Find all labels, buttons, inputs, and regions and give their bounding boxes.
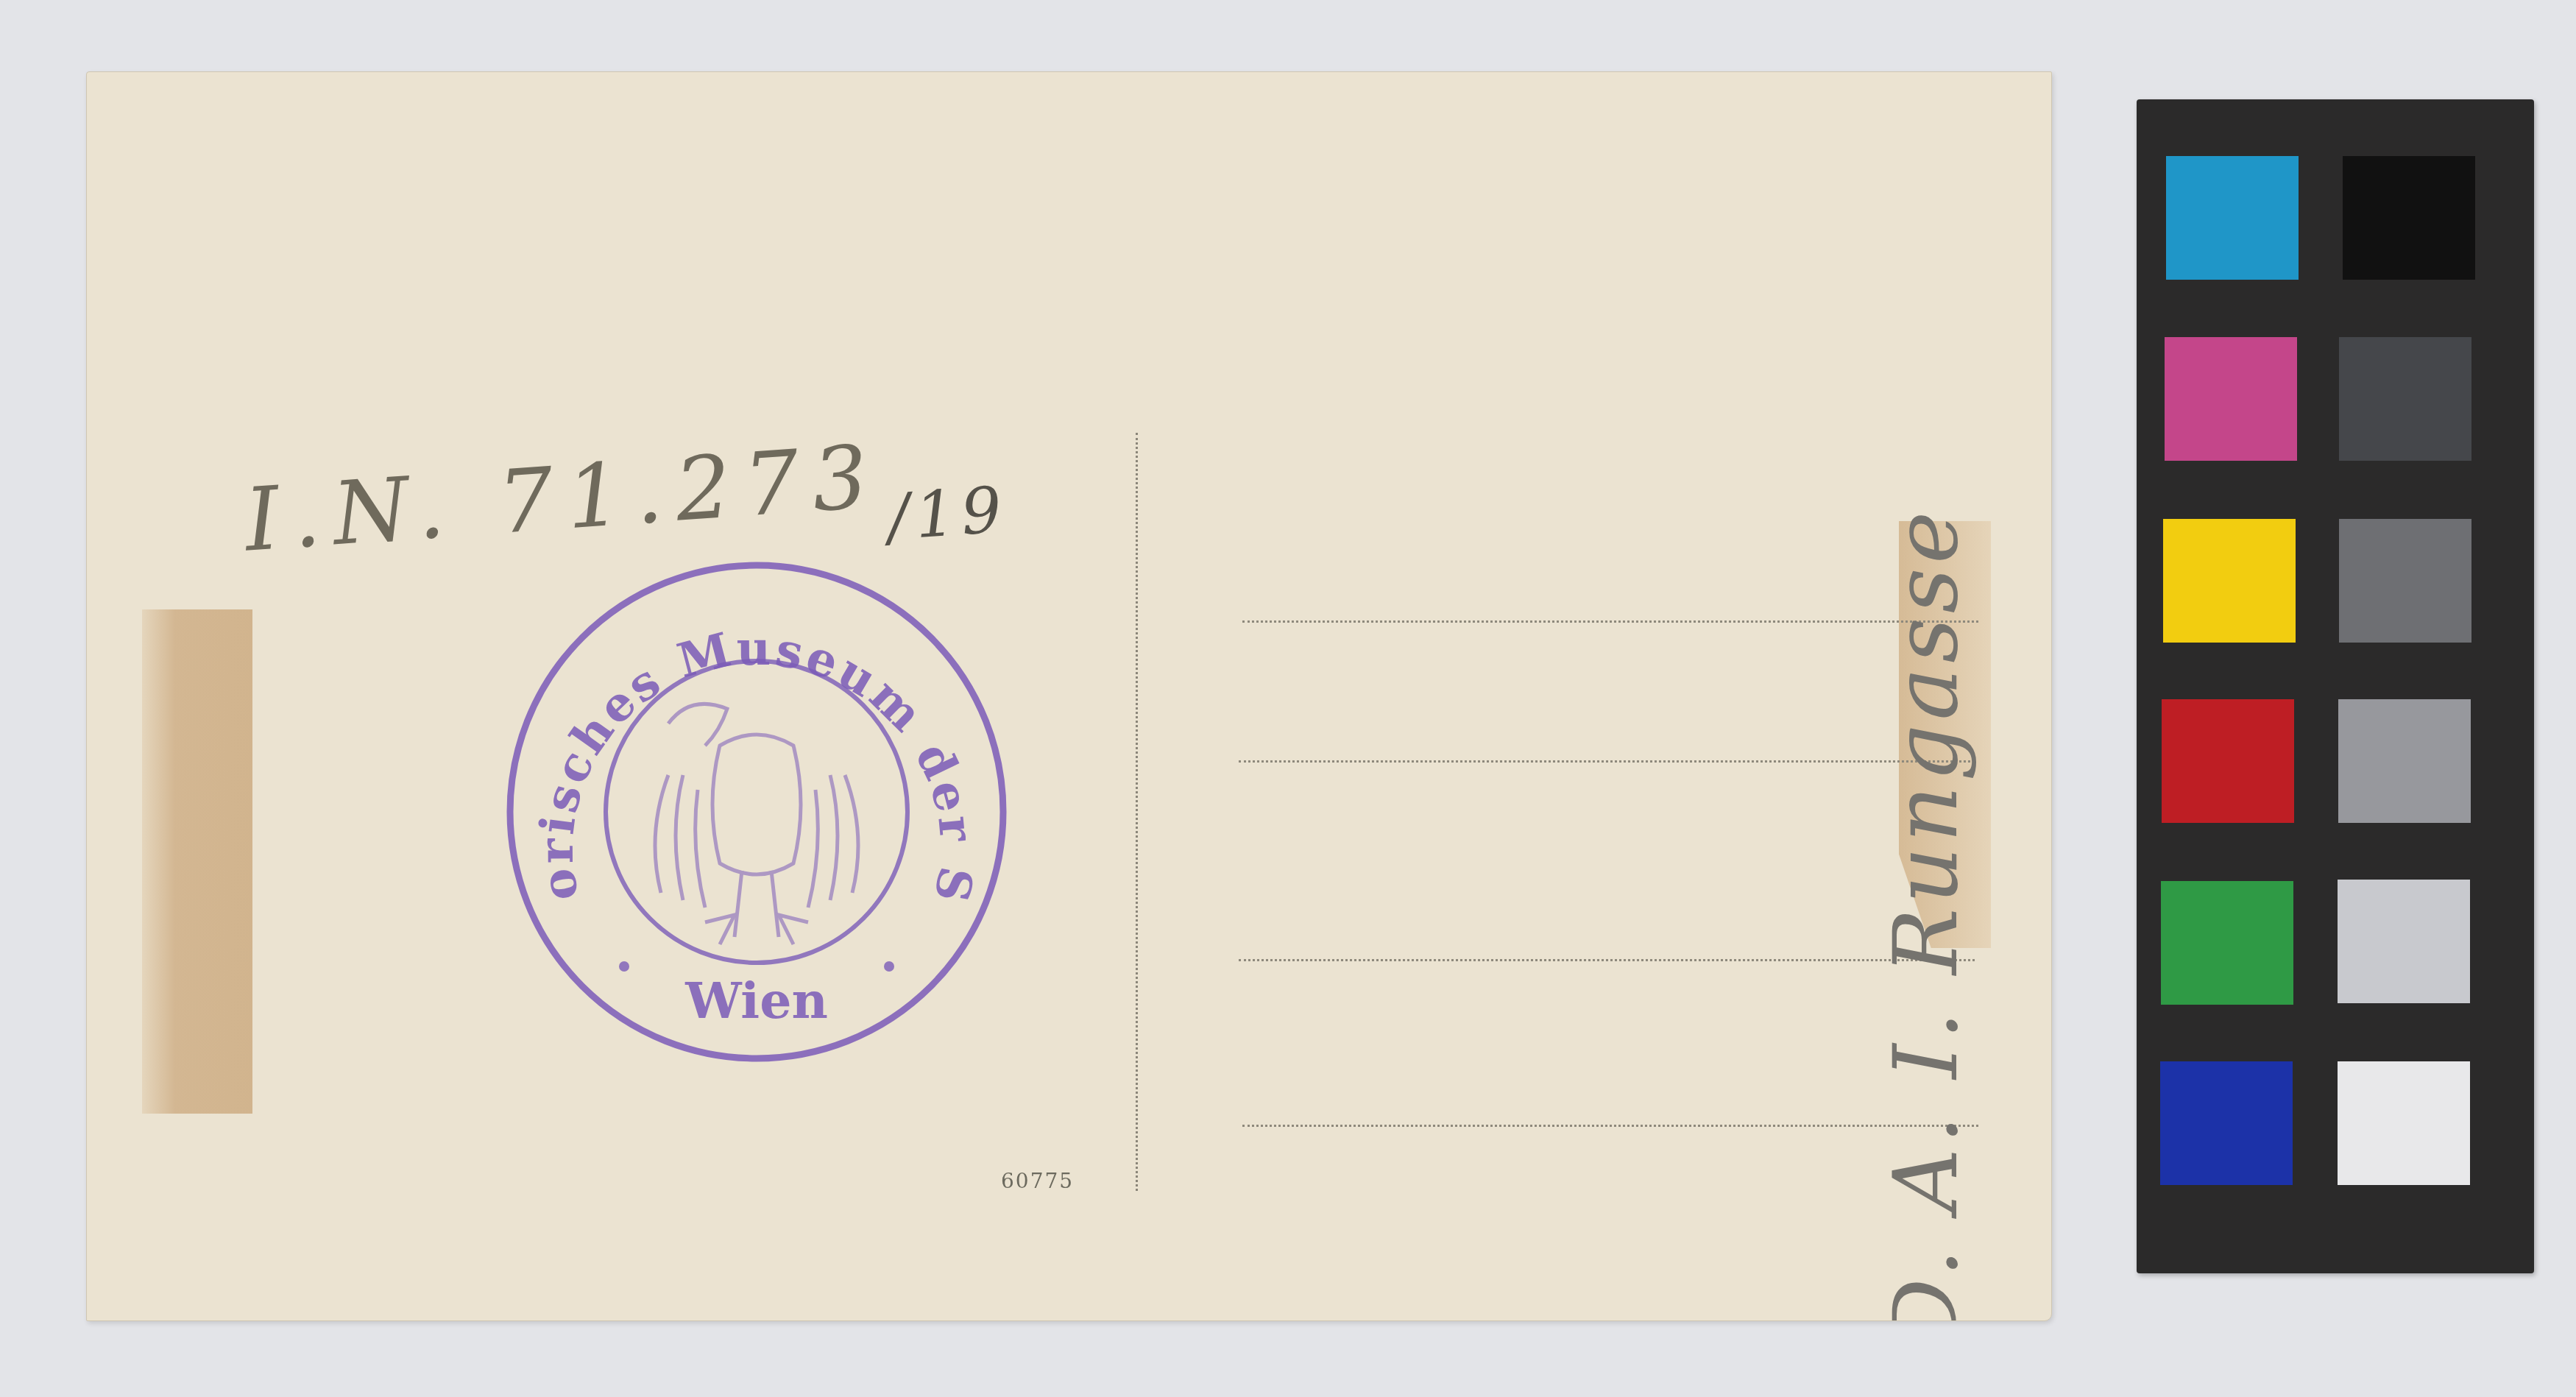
swatch-mid-gray	[2339, 519, 2471, 643]
swatch-magenta	[2165, 337, 2297, 461]
stamp-bottom-text: Wien	[684, 972, 828, 1030]
swatch-dark-gray	[2339, 337, 2471, 461]
stamp-top-text: Historisches Museum der Stadt	[499, 554, 984, 909]
inventory-number-main: I.N. 71.273	[241, 425, 884, 571]
print-code: 60775	[1001, 1169, 1074, 1193]
swatch-black	[2343, 156, 2475, 280]
address-line	[1242, 620, 1978, 623]
postcard-back: I.N. 71.273/19 Historisches Museum der S…	[86, 71, 2052, 1321]
message-address-divider	[1136, 433, 1138, 1191]
swatch-red	[2162, 699, 2294, 823]
swatch-pale-gray	[2338, 880, 2470, 1003]
inventory-number: I.N. 71.273/19	[241, 417, 1008, 571]
address-line	[1239, 760, 1975, 763]
swatch-white	[2338, 1061, 2470, 1185]
museum-stamp: Historisches Museum der Stadt Wien	[499, 554, 1014, 1069]
address-line	[1242, 1125, 1978, 1127]
svg-text:Historisches Museum der Stadt: Historisches Museum der Stadt	[499, 554, 984, 909]
pencil-note: D. A. I. Rungasse	[1875, 507, 1978, 1321]
address-line	[1239, 959, 1975, 961]
swatch-yellow	[2163, 519, 2296, 643]
color-checker-card	[2137, 99, 2534, 1273]
tape-strip-left	[142, 609, 252, 1114]
swatch-light-gray	[2338, 699, 2471, 823]
swatch-cyan	[2166, 156, 2299, 280]
swatch-green	[2161, 881, 2293, 1005]
inventory-number-suffix: /19	[885, 473, 1010, 555]
swatch-blue	[2160, 1061, 2293, 1185]
eagle-icon	[655, 704, 858, 944]
